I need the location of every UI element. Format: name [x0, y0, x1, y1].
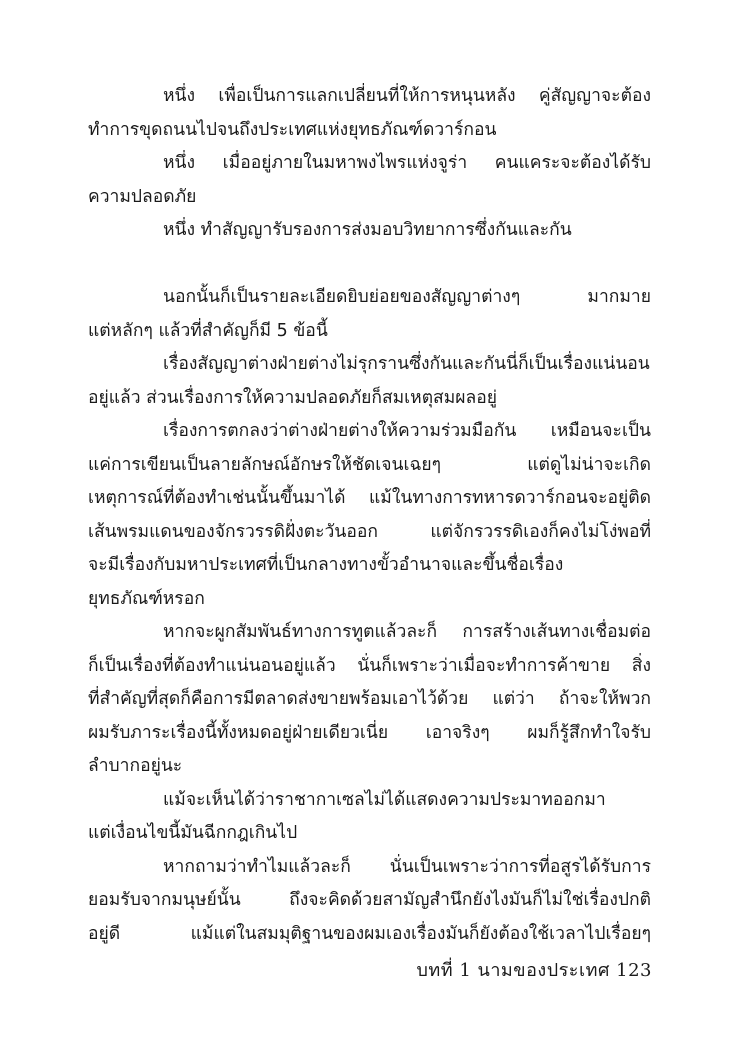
text-line: หากถามว่าทำไมแล้วละก็ นั่นเป็นเพราะว่ากา…: [88, 851, 651, 885]
text-line: หนึ่ง เมื่ออยู่ภายในมหาพงไพรแห่งจูร่า คน…: [88, 147, 651, 181]
text-line: ยอมรับจากมนุษย์นั้น ถึงจะคิดด้วยสามัญสำน…: [88, 884, 651, 918]
text-line: เรื่องสัญญาต่างฝ่ายต่างไม่รุกรานซึ่งกันแ…: [88, 348, 651, 382]
text-line: อยู่ดี แม้แต่ในสมมุติฐานของผมเองเรื่องมั…: [88, 918, 651, 952]
text-line: แม้จะเห็นได้ว่าราชากาเซลไม่ได้แสดงความปร…: [88, 784, 651, 818]
text-line: ลำบากอยู่นะ: [88, 750, 651, 784]
text-line: อยู่แล้ว ส่วนเรื่องการให้ความปลอดภัยก็สม…: [88, 382, 651, 416]
text-line: แค่การเขียนเป็นลายลักษณ์อักษรให้ชัดเจนเฉ…: [88, 449, 651, 483]
running-footer: บทที่ 1 นามของประเทศ 123: [380, 955, 652, 984]
text-line: ทำการขุดถนนไปจนถึงประเทศแห่งยุทธภัณฑ์ดวา…: [88, 114, 651, 148]
text-line: เหตุการณ์ที่ต้องทำเช่นนั้นขึ้นมาได้ แม้ใ…: [88, 482, 651, 516]
text-line: ยุทธภัณฑ์หรอก: [88, 583, 651, 617]
text-line: เส้นพรมแดนของจักรวรรดิฝั่งตะวันออก แต่จั…: [88, 516, 651, 550]
text-line: เรื่องการตกลงว่าต่างฝ่ายต่างให้ความร่วมม…: [88, 415, 651, 449]
text-line: ที่สำคัญที่สุดก็คือการมีตลาดส่งขายพร้อมเ…: [88, 683, 651, 717]
blank-line: [88, 248, 651, 282]
text-line: ความปลอดภัย: [88, 181, 651, 215]
text-line: หนึ่ง เพื่อเป็นการแลกเปลี่ยนที่ให้การหนุ…: [88, 80, 651, 114]
text-line: แต่เงื่อนไขนี้มันฉีกกฎเกินไป: [88, 817, 651, 851]
text-line: นอกนั้นก็เป็นรายละเอียดยิบย่อยของสัญญาต่…: [88, 281, 651, 315]
text-line: จะมีเรื่องกับมหาประเทศที่เป็นกลางทางขั้ว…: [88, 549, 651, 583]
text-line: หนึ่ง ทำสัญญารับรองการส่งมอบวิทยาการซึ่ง…: [88, 214, 651, 248]
text-line: ผมรับภาระเรื่องนี้ทั้งหมดอยู่ฝ่ายเดียวเน…: [88, 717, 651, 751]
text-line: ก็เป็นเรื่องที่ต้องทำแน่นอนอยู่แล้ว นั่น…: [88, 650, 651, 684]
text-line: แต่หลักๆ แล้วที่สำคัญก็มี 5 ข้อนี้: [88, 315, 651, 349]
text-line: หากจะผูกสัมพันธ์ทางการทูตแล้วละก็ การสร้…: [88, 616, 651, 650]
page-body: หนึ่ง เพื่อเป็นการแลกเปลี่ยนที่ให้การหนุ…: [88, 80, 651, 951]
